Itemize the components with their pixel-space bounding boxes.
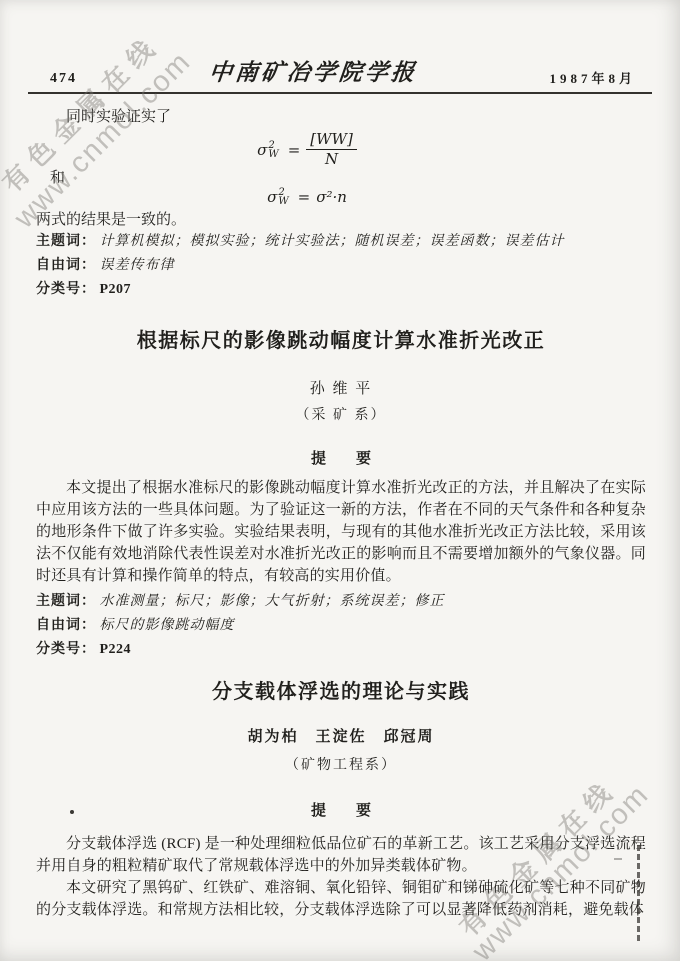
formula1-fraction: [WW] N [306,130,357,169]
article1-meta-block: 主题词： 水准测量；标尺；影像；大气折射；系统误差；修正 自由词： 标尺的影像跳… [36,591,646,661]
class-code-value: P207 [100,282,132,297]
formula2-sigma: σ [267,187,277,207]
formula1-supsub: 2 W [268,141,278,159]
article2-title: 分支载体浮选的理论与实践 [36,679,646,705]
article2-abstract-paragraph-1: 分支载体浮选 (RCF) 是一种处理细粒低品位矿石的革新工艺。该工艺采用分支浮选… [36,833,646,877]
formula1-equals: = [288,140,301,160]
class-code-value: P224 [100,642,132,657]
free-terms-value: 误差传布律 [100,258,175,273]
article2-affiliation: （矿物工程系） [36,757,646,775]
free-terms-label: 自由词： [36,618,96,633]
subject-terms-value: 水准测量；标尺；影像；大气折射；系统误差；修正 [100,594,445,609]
page-number: 474 [50,71,77,87]
article1-title: 根据标尺的影像跳动幅度计算水准折光改正 [36,327,646,355]
article1-free-terms-line: 自由词： 标尺的影像跳动幅度 [36,615,646,637]
article1-subject-terms-line: 主题词： 水准测量；标尺；影像；大气折射；系统误差；修正 [36,591,646,613]
formula2-rhs: σ²·n [316,187,347,207]
prev-subject-terms-line: 主题词： 计算机模拟；模拟实验；统计实验法；随机误差；误差函数；误差估计 [36,231,646,253]
free-terms-value: 标尺的影像跳动幅度 [100,618,235,633]
formula2-subscript: W [278,197,288,206]
article2-abstract-paragraph-2: 本文研究了黑钨矿、红铁矿、难溶铜、氧化铅锌、铜钼矿和锑砷硫化矿等七种不同矿物的分… [36,877,646,921]
page-content: 同时实验证实了 σ 2 W = [WW] N 和 σ 2 W = σ²·n 两式… [0,108,680,921]
article2-authors: 胡为柏 王淀佐 邱冠周 [36,727,646,747]
formula-sigma-squared-n: σ 2 W = σ²·n [267,187,347,207]
article1-class-code-line: 分类号： P224 [36,639,646,661]
previous-article-conclusion: 两式的结果是一致的。 [36,211,646,229]
formula-connector: 和 [36,169,646,187]
article1-affiliation: （采 矿 系） [36,407,646,425]
article2-abstract-heading: 提 要 [36,801,646,821]
scan-artifact-dot [70,810,74,814]
subject-terms-value: 计算机模拟；模拟实验；统计实验法；随机误差；误差函数；误差估计 [100,234,565,249]
formula2-equals: = [298,187,311,207]
formula-sigma-ww-over-n: σ 2 W = [WW] N [257,130,357,169]
formula1-denominator: N [306,150,357,169]
scan-artifact-speck [614,858,622,860]
article1-abstract-heading: 提 要 [36,449,646,469]
scanned-journal-page: 474 中南矿冶学院学报 1987年8月 同时实验证实了 σ 2 W = [WW… [0,0,680,961]
issue-date: 1987年8月 [549,68,636,87]
subject-terms-label: 主题词： [36,234,96,249]
article1-abstract-text: 本文提出了根据水准标尺的影像跳动幅度计算水准折光改正的方法，并且解决了在实际中应… [36,477,646,587]
formula2-supsub: 2 W [278,188,288,206]
previous-article-lead-in: 同时实验证实了 [36,108,646,126]
class-code-label: 分类号： [36,642,96,657]
journal-title-calligraphy: 中南矿冶学院学报 [75,54,551,87]
page-header: 474 中南矿冶学院学报 1987年8月 [0,0,680,87]
formula1-subscript: W [268,150,278,159]
header-divider [28,92,652,94]
class-code-label: 分类号： [36,282,96,297]
article1-author: 孙 维 平 [36,379,646,399]
subject-terms-label: 主题词： [36,594,96,609]
prev-free-terms-line: 自由词： 误差传布律 [36,255,646,277]
free-terms-label: 自由词： [36,258,96,273]
prev-class-code-line: 分类号： P207 [36,279,646,301]
scan-artifact-streak [637,845,640,941]
formula1-numerator: [WW] [306,130,357,150]
formula1-sigma: σ [257,140,267,160]
